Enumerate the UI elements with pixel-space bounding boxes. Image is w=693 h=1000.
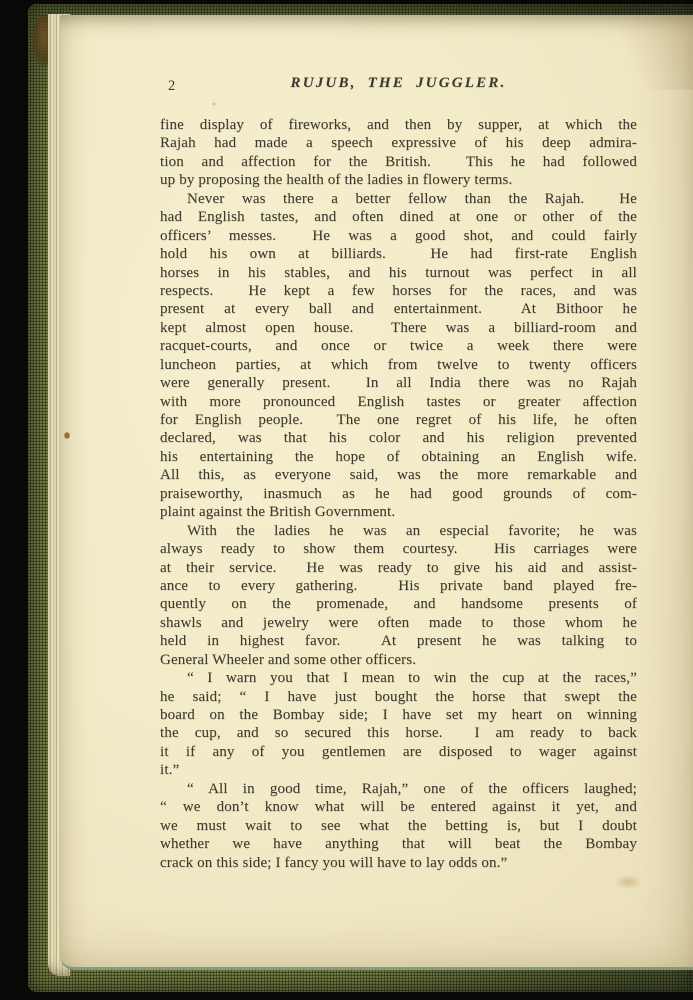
text-line: for English people. The one regret of hi… bbox=[160, 411, 637, 429]
page-header: 2 RUJUB, THE JUGGLER. bbox=[160, 75, 637, 97]
text-line: up by proposing the health of the ladies… bbox=[160, 171, 637, 189]
text-line: “ we don’t know what will be entered aga… bbox=[160, 798, 637, 816]
text-line: it.” bbox=[160, 761, 637, 779]
text-line: held in highest favor. At present he was… bbox=[160, 632, 637, 650]
text-line: present at every ball and entertainment.… bbox=[160, 300, 637, 318]
running-title: RUJUB, THE JUGGLER. bbox=[160, 75, 637, 92]
text-line: With the ladies he was an especial favor… bbox=[160, 522, 637, 540]
text-line: kept almost open house. There was a bill… bbox=[160, 319, 637, 337]
paragraph: Never was there a better fellow than the… bbox=[160, 190, 637, 522]
text-line: “ I warn you that I mean to win the cup … bbox=[160, 669, 637, 687]
text-line: it if any of you gentlemen are disposed … bbox=[160, 743, 637, 761]
text-line: Never was there a better fellow than the… bbox=[160, 190, 637, 208]
text-line: at their service. He was ready to give h… bbox=[160, 559, 637, 577]
page-number: 2 bbox=[168, 78, 176, 95]
text-line: whether we have anything that will beat … bbox=[160, 835, 637, 853]
text-line: horses in his stables, and his turnout w… bbox=[160, 264, 637, 282]
text-line: racquet-courts, and once or twice a week… bbox=[160, 337, 637, 355]
text-line: fine display of fireworks, and then by s… bbox=[160, 116, 637, 134]
text-line: were generally present. In all India the… bbox=[160, 374, 637, 392]
text-line: luncheon parties, at which from twelve t… bbox=[160, 356, 637, 374]
paragraph: “ I warn you that I mean to win the cup … bbox=[160, 669, 637, 780]
text-line: quently on the promenade, and handsome p… bbox=[160, 595, 637, 613]
text-line: officers’ messes. He was a good shot, an… bbox=[160, 227, 637, 245]
text-block: fine display of fireworks, and then by s… bbox=[160, 116, 637, 872]
text-line: Rajah had made a speech expressive of hi… bbox=[160, 134, 637, 152]
text-line: declared, was that his color and his rel… bbox=[160, 429, 637, 447]
paragraph: With the ladies he was an especial favor… bbox=[160, 522, 637, 670]
text-line: All this, as everyone said, was the more… bbox=[160, 466, 637, 484]
text-line: praiseworthy, inasmuch as he had good gr… bbox=[160, 485, 637, 503]
text-line: his entertaining the hope of obtaining a… bbox=[160, 448, 637, 466]
text-line: plaint against the British Government. bbox=[160, 503, 637, 521]
fox-spot bbox=[64, 432, 70, 439]
text-line: hold his own at billiards. He had first-… bbox=[160, 245, 637, 263]
paragraph: “ All in good time, Rajah,” one of the o… bbox=[160, 780, 637, 872]
text-line: tion and affection for the British. This… bbox=[160, 153, 637, 171]
text-line: always ready to show them courtesy. His … bbox=[160, 540, 637, 558]
text-line: the cup, and so secured this horse. I am… bbox=[160, 724, 637, 742]
fox-spot bbox=[212, 102, 216, 106]
text-line: “ All in good time, Rajah,” one of the o… bbox=[160, 780, 637, 798]
text-line: General Wheeler and some other officers. bbox=[160, 651, 637, 669]
text-line: we must wait to see what the betting is,… bbox=[160, 817, 637, 835]
book-page: 2 RUJUB, THE JUGGLER. fine display of fi… bbox=[60, 15, 693, 970]
text-line: with more pronounced English tastes or g… bbox=[160, 393, 637, 411]
text-line: shawls and jewelry were often made to th… bbox=[160, 614, 637, 632]
text-line: board on the Bombay side; I have set my … bbox=[160, 706, 637, 724]
text-line: he said; “ I have just bought the horse … bbox=[160, 688, 637, 706]
text-line: ance to every gathering. His private ban… bbox=[160, 577, 637, 595]
paragraph: fine display of fireworks, and then by s… bbox=[160, 116, 637, 190]
text-line: had English tastes, and often dined at o… bbox=[160, 208, 637, 226]
fox-spot bbox=[615, 875, 641, 889]
text-line: respects. He kept a few horses for the r… bbox=[160, 282, 637, 300]
text-line: crack on this side; I fancy you will hav… bbox=[160, 854, 637, 872]
photo-of-book: { "page": { "number": "2", "running_titl… bbox=[0, 0, 693, 1000]
